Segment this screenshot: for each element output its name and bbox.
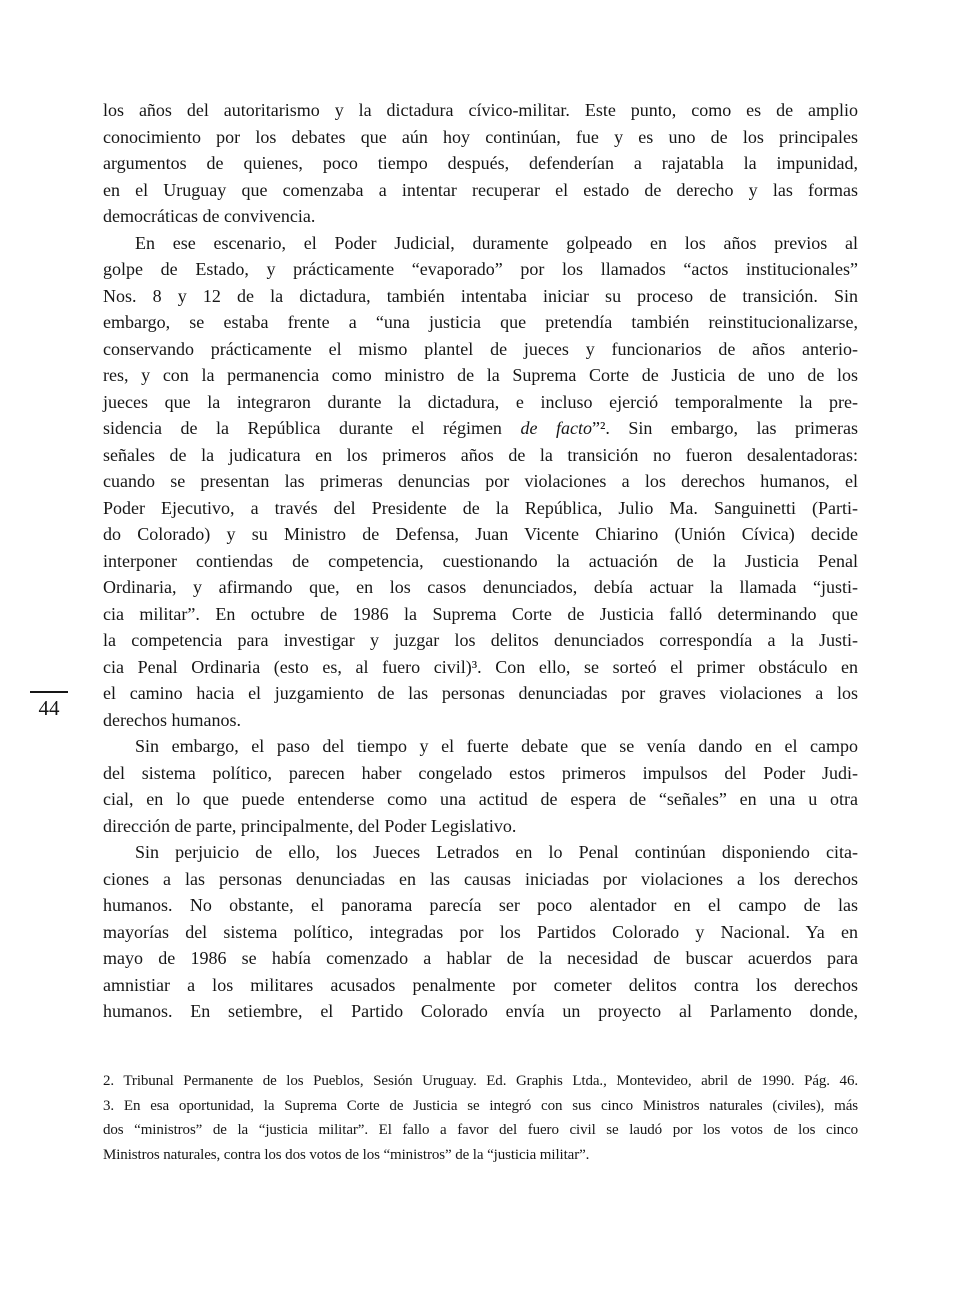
footnotes: 2. Tribunal Permanente de los Pueblos, S… — [103, 1069, 858, 1167]
text-line: jueces que la integraron durante la dict… — [103, 389, 858, 416]
paragraph: En ese escenario, el Poder Judicial, dur… — [103, 230, 858, 734]
text-line: mayorías del sistema político, integrada… — [103, 919, 858, 946]
text-line: el camino hacia el juzgamiento de las pe… — [103, 680, 858, 707]
text-line: sidencia de la República durante el régi… — [103, 415, 858, 442]
page-number-block: 44 — [28, 691, 70, 720]
text-line: derechos humanos. — [103, 707, 858, 734]
text-line: cia militar”. En octubre de 1986 la Supr… — [103, 601, 858, 628]
text-line: la competencia para investigar y juzgar … — [103, 627, 858, 654]
text-segment: sidencia de la República durante el régi… — [103, 418, 520, 438]
paragraph: Sin embargo, el paso del tiempo y el fue… — [103, 733, 858, 839]
text-line: embargo, se estaba frente a “una justici… — [103, 309, 858, 336]
text-line: humanos. No obstante, el panorama parecí… — [103, 892, 858, 919]
text-line: del sistema político, parecen haber cong… — [103, 760, 858, 787]
footnote: 3. En esa oportunidad, la Suprema Corte … — [103, 1094, 858, 1168]
text-line: en el Uruguay que comenzaba a intentar r… — [103, 177, 858, 204]
page-number-rule — [30, 691, 68, 693]
text-line: humanos. En setiembre, el Partido Colora… — [103, 998, 858, 1025]
text-line: Sin embargo, el paso del tiempo y el fue… — [103, 733, 858, 760]
text-line: Poder Ejecutivo, a través del Presidente… — [103, 495, 858, 522]
text-line: do Colorado) y su Ministro de Defensa, J… — [103, 521, 858, 548]
text-line: amnistiar a los militares acusados penal… — [103, 972, 858, 999]
paragraph: los años del autoritarismo y la dictadur… — [103, 97, 858, 230]
text-line: golpe de Estado, y prácticamente “evapor… — [103, 256, 858, 283]
text-line: cial, en lo que puede entenderse como un… — [103, 786, 858, 813]
text-line: En ese escenario, el Poder Judicial, dur… — [103, 230, 858, 257]
text-line: interponer contiendas de competencia, cu… — [103, 548, 858, 575]
text-line: los años del autoritarismo y la dictadur… — [103, 97, 858, 124]
footnote: 2. Tribunal Permanente de los Pueblos, S… — [103, 1069, 858, 1094]
paragraph: Sin perjuicio de ello, los Jueces Letrad… — [103, 839, 858, 1025]
text-line: ciones a las personas denunciadas en las… — [103, 866, 858, 893]
footnote-line: 2. Tribunal Permanente de los Pueblos, S… — [103, 1069, 858, 1094]
body-text: los años del autoritarismo y la dictadur… — [103, 97, 858, 1025]
page-number: 44 — [28, 696, 70, 720]
text-line: Sin perjuicio de ello, los Jueces Letrad… — [103, 839, 858, 866]
text-line: conocimiento por los debates que aún hoy… — [103, 124, 858, 151]
text-line: dirección de parte, principalmente, del … — [103, 813, 858, 840]
text-line: democráticas de convivencia. — [103, 203, 858, 230]
text-line: señales de la judicatura en los primeros… — [103, 442, 858, 469]
italic-phrase: de facto — [520, 418, 592, 438]
book-page: los años del autoritarismo y la dictadur… — [0, 0, 964, 1304]
text-line: mayo de 1986 se había comenzado a hablar… — [103, 945, 858, 972]
text-line: cia Penal Ordinaria (esto es, al fuero c… — [103, 654, 858, 681]
text-line: argumentos de quienes, poco tiempo despu… — [103, 150, 858, 177]
text-line: cuando se presentan las primeras denunci… — [103, 468, 858, 495]
footnote-line: Ministros naturales, contra los dos voto… — [103, 1143, 858, 1168]
footnote-line: dos “ministros” de la “justicia militar”… — [103, 1118, 858, 1143]
text-line: res, y con la permanencia como ministro … — [103, 362, 858, 389]
footnote-line: 3. En esa oportunidad, la Suprema Corte … — [103, 1094, 858, 1119]
text-segment: ”². Sin embargo, las primeras — [592, 418, 858, 438]
text-line: Nos. 8 y 12 de la dictadura, también int… — [103, 283, 858, 310]
text-line: Ordinaria, y afirmando que, en los casos… — [103, 574, 858, 601]
text-line: conservando prácticamente el mismo plant… — [103, 336, 858, 363]
